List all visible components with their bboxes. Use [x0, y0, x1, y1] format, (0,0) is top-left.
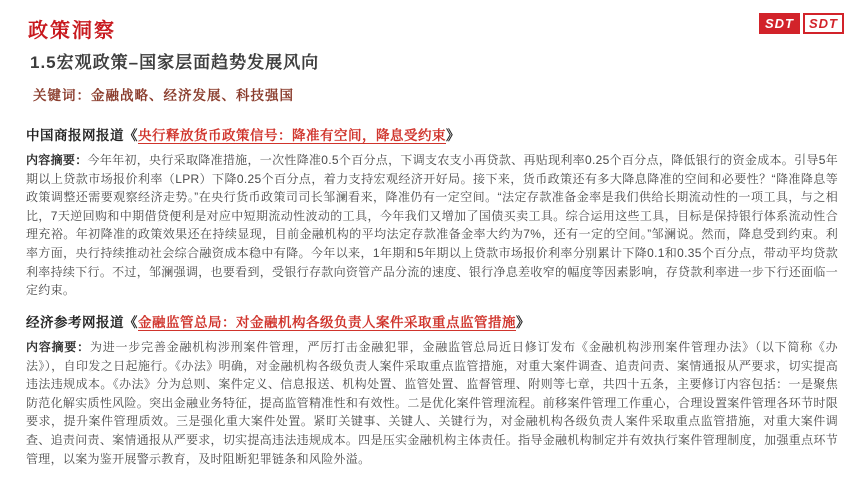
policy-insight-slide: 政策洞察 SDT SDT 1.5宏观政策–国家层面趋势发展风向 关键词：金融战略…: [0, 0, 864, 486]
keywords-line: 关键词：金融战略、经济发展、科技强国: [33, 84, 294, 104]
news-section-financial-regulator: 经济参考网报道《金融监管总局：对金融机构各级负责人案件采取重点监管措施》 内容摘…: [26, 311, 838, 468]
news-summary: 内容摘要：今年年初，央行采取降准措施，一次性降准0.5个百分点，下调支农支小再贷…: [26, 151, 838, 300]
brand-logo: SDT SDT: [759, 13, 844, 34]
logo-solid-badge: SDT: [759, 13, 800, 34]
news-source-prefix: 经济参考网报道《: [26, 315, 138, 330]
news-source-suffix: 》: [446, 128, 460, 143]
summary-text: 今年年初，央行采取降准措施，一次性降准0.5个百分点，下调支农支小再贷款、再贴现…: [26, 153, 838, 297]
news-summary: 内容摘要：为进一步完善金融机构涉刑案件管理，严厉打击金融犯罪，金融监管总局近日修…: [26, 338, 838, 468]
section-heading: 经济参考网报道《金融监管总局：对金融机构各级负责人案件采取重点监管措施》: [26, 311, 838, 331]
eyebrow-title: 政策洞察: [28, 14, 116, 43]
news-section-central-bank: 中国商报网报道《央行释放货币政策信号：降准有空间，降息受约束》 内容摘要：今年年…: [26, 124, 838, 300]
news-headline-link[interactable]: 金融监管总局：对金融机构各级负责人案件采取重点监管措施: [138, 315, 516, 330]
news-source-suffix: 》: [516, 315, 530, 330]
logo-outline-badge: SDT: [803, 13, 844, 34]
summary-label: 内容摘要：: [26, 153, 88, 167]
news-headline-link[interactable]: 央行释放货币政策信号：降准有空间，降息受约束: [138, 128, 446, 143]
section-heading: 中国商报网报道《央行释放货币政策信号：降准有空间，降息受约束》: [26, 124, 838, 144]
page-title: 1.5宏观政策–国家层面趋势发展风向: [30, 48, 319, 73]
news-source-prefix: 中国商报网报道《: [26, 128, 138, 143]
summary-text: 为进一步完善金融机构涉刑案件管理，严厉打击金融犯罪，金融监管总局近日修订发布《金…: [26, 340, 838, 466]
summary-label: 内容摘要：: [26, 340, 90, 354]
